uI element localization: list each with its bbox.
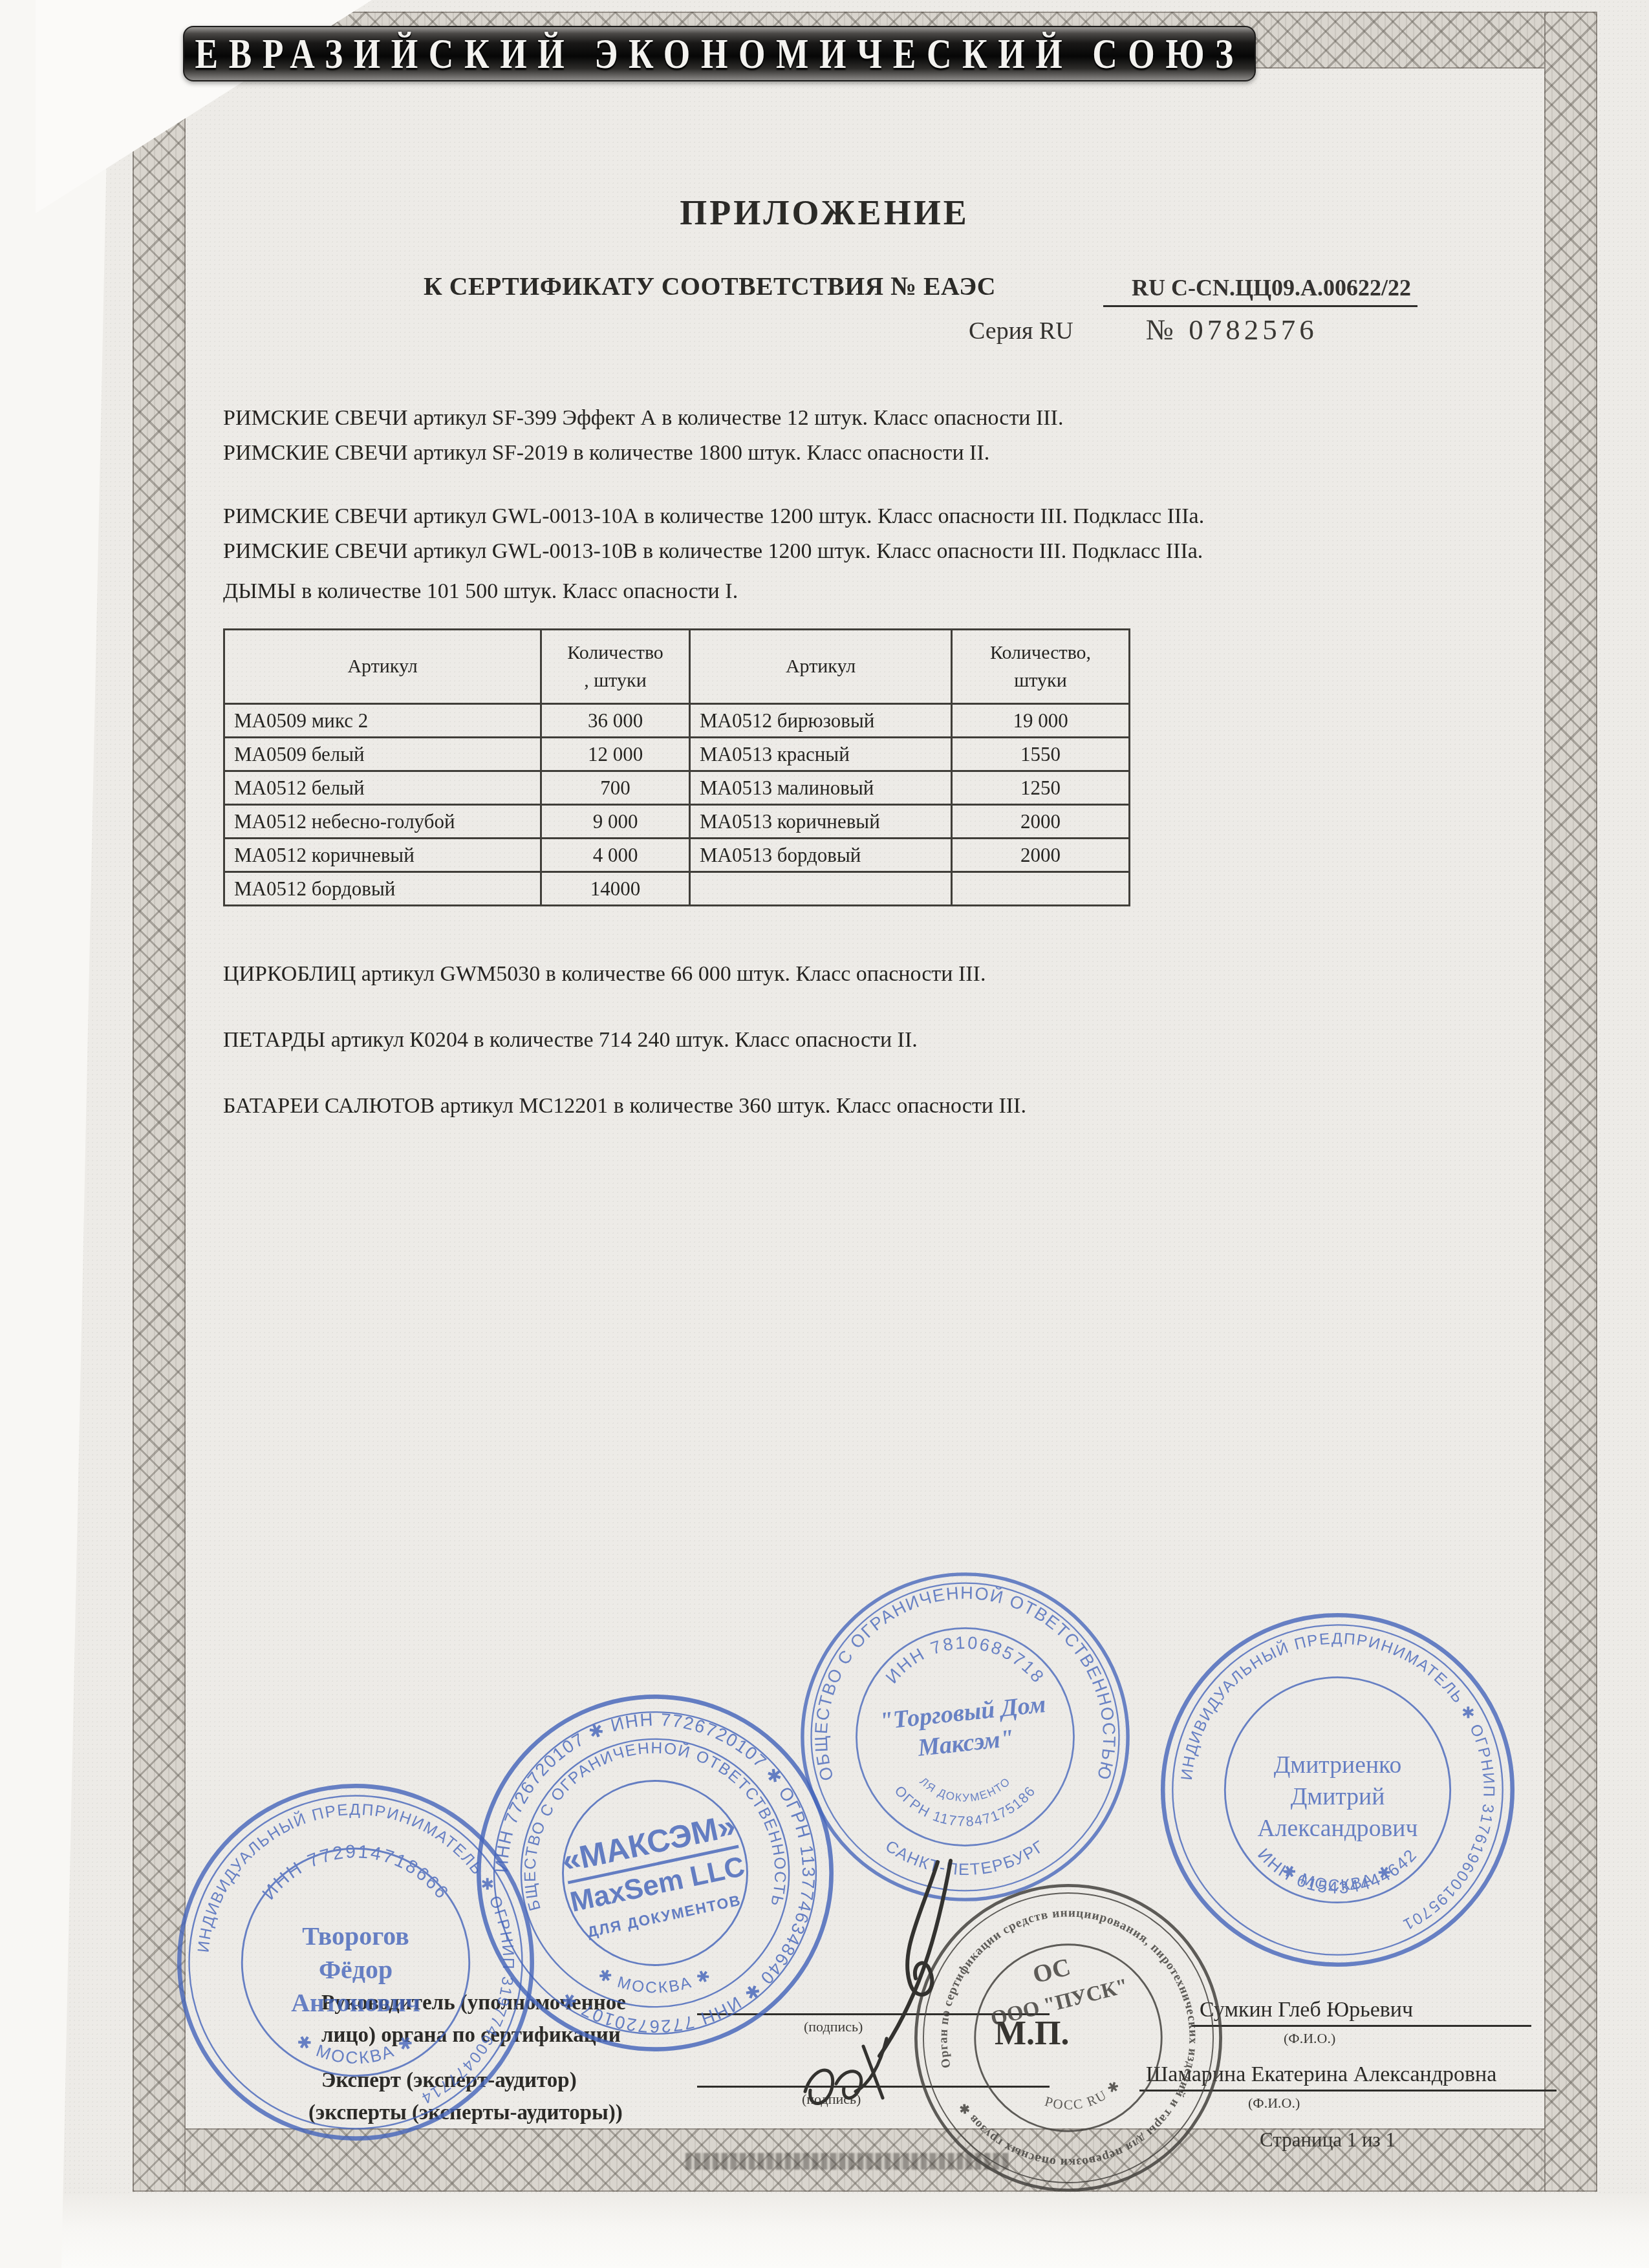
cell-article: МА0512 бирюзовый: [690, 704, 952, 738]
certificate-appendix-page: ЕВРАЗИЙСКИЙ ЭКОНОМИЧЕСКИЙ СОЮЗ ПРИЛОЖЕНИ…: [0, 0, 1649, 2268]
stamp-name-line: Антонович: [291, 1988, 420, 2017]
border-band-right: [1544, 12, 1597, 2192]
cell-article: МА0509 белый: [224, 738, 541, 771]
table-row: МА0509 микс 2 36 000 МА0512 бирюзовый 19…: [224, 704, 1130, 738]
cell-quantity: 700: [541, 771, 690, 805]
stamp-os-label: ОС: [1030, 1954, 1073, 1989]
paragraph-roman-candles-3: РИМСКИЕ СВЕЧИ артикул GWL-0013-10А в кол…: [223, 504, 1204, 529]
handwritten-signature-2: [795, 2030, 944, 2127]
cell-quantity: 2000: [952, 839, 1130, 872]
col-header-article-2: Артикул: [690, 630, 952, 704]
stamp-city-text: ✱ МОСКВА ✱: [595, 1965, 715, 1996]
cell-article: МА0512 белый: [224, 771, 541, 805]
stamp-dmitrienko: ИНДИВИДУАЛЬНЫЙ ПРЕДПРИНИМАТЕЛЬ ✱ ОГРНИП …: [1155, 1607, 1520, 1973]
svg-text:ИНН 772914718666: ИНН 772914718666: [259, 1841, 453, 1904]
cell-quantity: 4 000: [541, 839, 690, 872]
page-title: ПРИЛОЖЕНИЕ: [0, 193, 1649, 233]
stamp-maxsem-graphic: ИНН 7726720107 ✱ ИНН 7726720107 ✱ ОГРН 1…: [471, 1689, 839, 2057]
paragraph-batteries: БАТАРЕИ САЛЮТОВ артикул МС12201 в количе…: [223, 1094, 1026, 1118]
name-underline-1: [1192, 2025, 1531, 2027]
stamp-city-text: ✱ МОСКВА ✱: [293, 2031, 418, 2068]
fio-caption-1: (Ф.И.О.): [1284, 2030, 1335, 2047]
quantity-table: Артикул Количество , штуки Артикул Колич…: [223, 628, 1130, 906]
col-header-article-1: Артикул: [224, 630, 541, 704]
stamp-trade-house-line2: Максэм": [916, 1725, 1015, 1762]
stamp-maxsem: ИНН 7726720107 ✱ ИНН 7726720107 ✱ ОГРН 1…: [471, 1689, 839, 2057]
cell-article: МА0513 малиновый: [690, 771, 952, 805]
svg-text:РОСС RU ✱: РОСС RU ✱: [1040, 2075, 1127, 2121]
svg-text:✱ МОСКВА ✱: ✱ МОСКВА ✱: [595, 1965, 715, 1996]
cell-quantity: 12 000: [541, 738, 690, 771]
svg-text:✱ МОСКВА ✱: ✱ МОСКВА ✱: [1279, 1861, 1397, 1894]
cell-quantity: 2000: [952, 805, 1130, 839]
cell-quantity: 19 000: [952, 704, 1130, 738]
form-number: № 0782576: [1146, 313, 1318, 347]
stamp-trade-house-line1: "Торговый Дом: [878, 1691, 1047, 1735]
stamp-inn-text: ИНН 7810685718: [881, 1632, 1049, 1687]
series-label: Серия RU: [969, 317, 1073, 345]
cell-article: МА0512 небесно-голубой: [224, 805, 541, 839]
stamp-name-line: Александрович: [1258, 1815, 1418, 1842]
paragraph-roman-candles-2: РИМСКИЕ СВЕЧИ артикул SF-2019 в количест…: [223, 441, 989, 465]
fio-caption-2: (Ф.И.О.): [1248, 2095, 1300, 2112]
cell-article: МА0509 микс 2: [224, 704, 541, 738]
eaeu-banner-text: ЕВРАЗИЙСКИЙ ЭКОНОМИЧЕСКИЙ СОЮЗ: [195, 29, 1244, 78]
col-header-quantity-1: Количество , штуки: [541, 630, 690, 704]
paragraph-roman-candles-4: РИМСКИЕ СВЕЧИ артикул GWL-0013-10В в кол…: [223, 539, 1203, 564]
stamp-name-line: Фёдор: [319, 1955, 393, 1984]
stamp-name-line: Дмитриенко: [1274, 1751, 1402, 1779]
cell-quantity: 1550: [952, 738, 1130, 771]
cell-article: МА0512 бордовый: [224, 872, 541, 906]
stamp-ogrn-text: ОГРН 1177847175186: [892, 1782, 1039, 1830]
page-counter: Страница 1 из 1: [1260, 2128, 1396, 2152]
stamp-city-text: ✱ МОСКВА ✱: [1279, 1861, 1397, 1894]
cell-quantity: 1250: [952, 771, 1130, 805]
stamp-ross-ru-text: РОСС RU ✱: [1040, 2075, 1127, 2121]
table-row: МА0509 белый 12 000 МА0513 красный 1550: [224, 738, 1130, 771]
table-row: МА0512 коричневый 4 000 МА0513 бордовый …: [224, 839, 1130, 872]
stamp-name-line: Дмитрий: [1291, 1783, 1385, 1810]
stamp-name-line: Творогов: [302, 1921, 409, 1951]
cell-quantity: 14000: [541, 872, 690, 906]
certificate-line-label: К СЕРТИФИКАТУ СООТВЕТСТВИЯ № ЕАЭС: [424, 270, 996, 301]
cell-article: МА0512 коричневый: [224, 839, 541, 872]
head-name: Сумкин Глеб Юрьевич: [1200, 1998, 1413, 2022]
scan-bottom-margin: [0, 2194, 1649, 2268]
table-header-row: Артикул Количество , штуки Артикул Колич…: [224, 630, 1130, 704]
svg-text:ОГРН 1177847175186: ОГРН 1177847175186: [892, 1782, 1039, 1830]
cell-quantity: 9 000: [541, 805, 690, 839]
table-row: МА0512 небесно-голубой 9 000 МА0513 кори…: [224, 805, 1130, 839]
cell-article: [690, 872, 952, 906]
paragraph-roman-candles-1: РИМСКИЕ СВЕЧИ артикул SF-399 Эффект А в …: [223, 406, 1063, 431]
stamp-dmitrienko-graphic: ИНДИВИДУАЛЬНЫЙ ПРЕДПРИНИМАТЕЛЬ ✱ ОГРНИП …: [1155, 1607, 1520, 1973]
paragraph-smokes: ДЫМЫ в количестве 101 500 штук. Класс оп…: [223, 579, 738, 604]
table-row: МА0512 белый 700 МА0513 малиновый 1250: [224, 771, 1130, 805]
eaeu-banner: ЕВРАЗИЙСКИЙ ЭКОНОМИЧЕСКИЙ СОЮЗ: [183, 26, 1256, 81]
cell-article: МА0513 коричневый: [690, 805, 952, 839]
certificate-number: RU С-CN.ЦЦ09.А.00622/22: [1103, 274, 1417, 307]
svg-text:ИНН 7810685718: ИНН 7810685718: [881, 1632, 1049, 1687]
cell-article: МА0513 бордовый: [690, 839, 952, 872]
cell-quantity: 36 000: [541, 704, 690, 738]
svg-text:✱ МОСКВА ✱: ✱ МОСКВА ✱: [293, 2031, 418, 2068]
col-header-quantity-2: Количество, штуки: [952, 630, 1130, 704]
scan-edge-strip: [0, 0, 110, 2268]
paragraph-petards: ПЕТАРДЫ артикул К0204 в количестве 714 2…: [223, 1028, 918, 1053]
stamp-inn-text: ИНН 772914718666: [259, 1841, 453, 1904]
cell-quantity: [952, 872, 1130, 906]
table-row: МА0512 бордовый 14000: [224, 872, 1130, 906]
cell-article: МА0513 красный: [690, 738, 952, 771]
paragraph-zirkoblitz: ЦИРКОБЛИЦ артикул GWM5030 в количестве 6…: [223, 962, 986, 987]
